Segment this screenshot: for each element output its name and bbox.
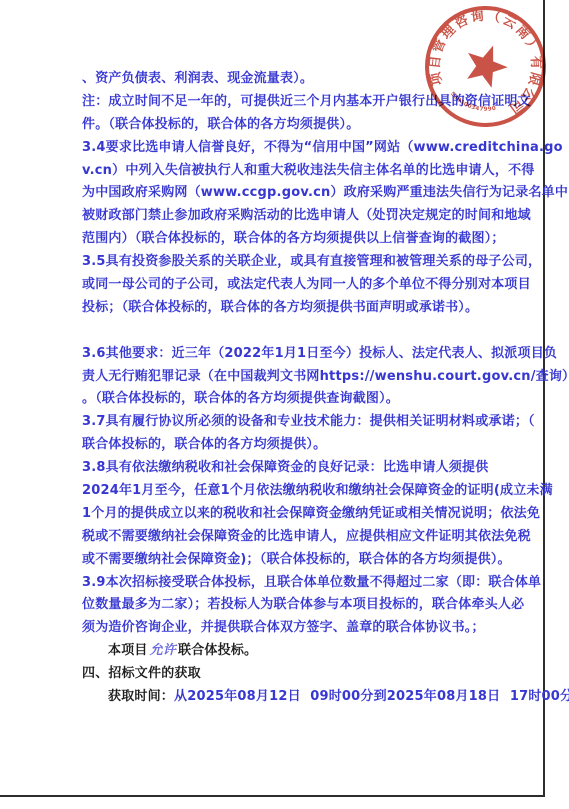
text-line: 或同一母公司的子公司，或法定代表人为同一人的多个单位不得分别对本项目	[82, 274, 534, 297]
text-segment: 、资产负债表、利润表、现金流量表）。	[82, 71, 313, 86]
text-segment: 范围内）（联合体投标的，联合体的各方均须提供以上信誉查询的截图）；	[82, 231, 505, 246]
text-line: 四、招标文件的获取	[82, 663, 534, 686]
text-segment: 件。（联合体投标的，联合体的各方均须提供）。	[82, 117, 359, 132]
text-segment: 投标；（联合体投标的，联合体的各方均须提供书面声明或承诺书）。	[82, 300, 478, 315]
text-segment: 税或不需要缴纳社会保障资金的比选申请人，应提供相应文件证明其依法免税	[82, 529, 531, 544]
text-segment: 或不需要缴纳社会保障资金)；（联合体投标的，联合体的各方均须提供）。	[82, 552, 511, 567]
text-segment: 被财政部门禁止参加政府采购活动的比选申请人（处罚决定规定的时间和地域	[82, 208, 531, 223]
text-line: 范围内）（联合体投标的，联合体的各方均须提供以上信誉查询的截图）；	[82, 228, 534, 251]
text-segment: 四、招标文件的获取	[82, 666, 201, 681]
text-line: 投标；（联合体投标的，联合体的各方均须提供书面声明或承诺书）。	[82, 297, 534, 320]
text-segment: 3.6其他要求：近三年（2022年1月1日至今）投标人、法定代表人、拟派项目负	[82, 346, 557, 361]
text-segment: 3.9本次招标接受联合体投标，且联合体单位数量不得超过二家（即：联合体单	[82, 575, 541, 590]
text-line: 3.9本次招标接受联合体投标，且联合体单位数量不得超过二家（即：联合体单	[82, 572, 534, 595]
text-line: 3.5具有投资参股关系的关联企业，或具有直接管理和被管理关系的母子公司，	[82, 251, 534, 274]
text-line: 3.7具有履行协议所必须的设备和专业技术能力：提供相关证明材料或承诺；（	[82, 411, 534, 434]
text-line	[82, 320, 534, 343]
seal-star-icon	[460, 38, 513, 90]
text-line: 为中国政府采购网（www.ccgp.gov.cn）政府采购严重违法失信行为记录名…	[82, 182, 534, 205]
text-line: 2024年1月至今，任意1个月依法缴纳税收和缴纳社会保障资金的证明(成立未满	[82, 480, 534, 503]
text-line: 。（联合体投标的，联合体的各方均须提供查询截图）。	[82, 388, 534, 411]
text-segment: 须为造价咨询企业，并提供联合体双方签字、盖章的联合体协议书。；	[82, 620, 485, 635]
text-line: 被财政部门禁止参加政府采购活动的比选申请人（处罚决定规定的时间和地域	[82, 205, 534, 228]
text-line: 位数量最多为二家）；若投标人为联合体参与本项目投标的，联合体牵头人必	[82, 594, 534, 617]
text-line: 获取时间：从2025年08月12日 09时00分到2025年08月18日 17时…	[82, 686, 534, 709]
text-segment: 责人无行贿犯罪记录（在中国裁判文书网https://wenshu.court.g…	[82, 369, 569, 384]
text-line: 本项目允许联合体投标。	[82, 640, 534, 663]
text-segment: 。（联合体投标的，联合体的各方均须提供查询截图）。	[82, 391, 399, 406]
text-segment: 3.5具有投资参股关系的关联企业，或具有直接管理和被管理关系的母子公司，	[82, 254, 541, 269]
text-segment: 为中国政府采购网（www.ccgp.gov.cn）政府采购严重违法失信行为记录名…	[82, 185, 568, 200]
text-segment: v.cn）中列入失信被执行人和重大税收违法失信主体名单的比选申请人，不得	[82, 163, 535, 178]
text-segment: 获取时间：	[108, 689, 174, 704]
text-line: 须为造价咨询企业，并提供联合体双方签字、盖章的联合体协议书。；	[82, 617, 534, 640]
text-line: 3.6其他要求：近三年（2022年1月1日至今）投标人、法定代表人、拟派项目负	[82, 343, 534, 366]
document-text: 、资产负债表、利润表、现金流量表）。注：成立时间不足一年的，可提供近三个月内基本…	[82, 68, 534, 709]
text-segment: 从2025年08月12日 09时00分到2025年08月18日 17时00分	[174, 689, 569, 704]
text-segment: 联合体投标的，联合体的各方均须提供）。	[82, 437, 326, 452]
text-segment: 允许	[148, 643, 178, 658]
text-segment: 3.7具有履行协议所必须的设备和专业技术能力：提供相关证明材料或承诺；（	[82, 414, 535, 429]
text-line: v.cn）中列入失信被执行人和重大税收违法失信主体名单的比选申请人，不得	[82, 160, 534, 183]
text-line: 1个月的提供成立以来的税收和社会保障资金缴纳凭证或相关情况说明；依法免	[82, 503, 534, 526]
text-segment: 2024年1月至今，任意1个月依法缴纳税收和缴纳社会保障资金的证明(成立未满	[82, 483, 553, 498]
text-segment: 本项目	[108, 643, 148, 658]
text-line: 责人无行贿犯罪记录（在中国裁判文书网https://wenshu.court.g…	[82, 366, 534, 389]
text-line: 3.8具有依法缴纳税收和社会保障资金的良好记录：比选申请人须提供	[82, 457, 534, 480]
text-segment: 3.8具有依法缴纳税收和社会保障资金的良好记录：比选申请人须提供	[82, 460, 488, 475]
text-segment: 联合体投标。	[178, 643, 257, 658]
text-segment: 位数量最多为二家）；若投标人为联合体参与本项目投标的，联合体牵头人必	[82, 597, 524, 612]
text-line: 或不需要缴纳社会保障资金)；（联合体投标的，联合体的各方均须提供）。	[82, 549, 534, 572]
text-segment: 或同一母公司的子公司，或法定代表人为同一人的多个单位不得分别对本项目	[82, 277, 531, 292]
text-line: 联合体投标的，联合体的各方均须提供）。	[82, 434, 534, 457]
text-segment: 3.4要求比选申请人信誉良好，不得为“信用中国”网站（www.creditchi…	[82, 140, 563, 155]
text-segment: 1个月的提供成立以来的税收和社会保障资金缴纳凭证或相关情况说明；依法免	[82, 506, 540, 521]
text-line: 税或不需要缴纳社会保障资金的比选申请人，应提供相应文件证明其依法免税	[82, 526, 534, 549]
text-line: 3.4要求比选申请人信誉良好，不得为“信用中国”网站（www.creditchi…	[82, 137, 534, 160]
